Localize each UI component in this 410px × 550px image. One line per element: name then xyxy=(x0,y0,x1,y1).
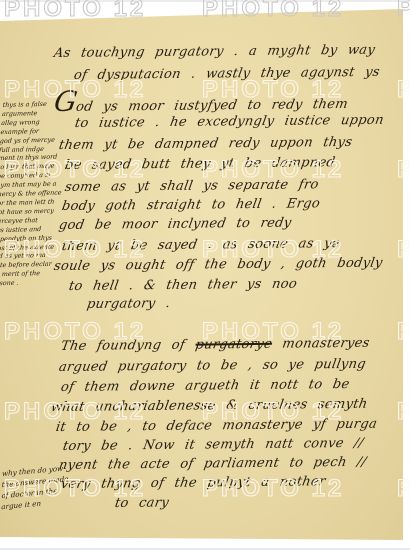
manuscript-line: nyent the acte of parliament to pech // xyxy=(58,456,368,473)
manuscript-line: soule ys ought off the body , goth bodyl… xyxy=(53,257,384,274)
manuscript-line: them yt be sayed . as soone as ye xyxy=(61,237,341,254)
manuscript-line: of dysputacion . wastly thye agaynst ys xyxy=(73,66,381,83)
manuscript-photo: thys is a falseargumentealleg wrongexamp… xyxy=(0,0,403,550)
manuscript-line: purgatory . xyxy=(86,297,172,312)
manuscript-line: what unchariablenesse & cruelnes semyth xyxy=(50,398,369,415)
manuscript-line: to hell . & then ther ys noo xyxy=(68,278,298,294)
manuscript-line: God ys moor iustyfyed to redy them xyxy=(52,89,350,115)
scan-top-edge xyxy=(0,0,410,2)
manuscript-line: to iustice . he excedyngly iustice uppon xyxy=(74,114,385,131)
manuscript-line: tory be . Now it semyth natt conve // xyxy=(62,437,365,454)
text-run: monasteryes xyxy=(271,336,371,352)
manuscript-line: very thyng of the pulpyt a nother xyxy=(60,475,327,491)
struck-word: purgatorye xyxy=(194,337,273,353)
manuscript-line: some as yt shall ys separate fro xyxy=(64,178,320,194)
manuscript-line: of them downe argueth it nott to be xyxy=(60,378,351,395)
manuscript-line: As touchyng purgatory . a myght by way xyxy=(53,44,376,61)
manuscript-line: it to be , to deface monasterye yf purga xyxy=(55,418,378,435)
margin-note-bottom: why then do yowthe answere madeof doctor… xyxy=(1,462,73,513)
manuscript-line: argued purgatory to be , so ye pullyng xyxy=(58,358,367,375)
manuscript-line: The foundyng of purgatorye monasteryes xyxy=(60,337,371,354)
margin-note-line: persone . xyxy=(0,278,53,289)
manuscript-line: god be moor inclyned to redy xyxy=(58,217,293,233)
scan-page: { "watermark": { "text": "PHOTO 12", "co… xyxy=(0,0,410,550)
text-run: The foundyng of xyxy=(60,338,197,354)
margin-note-line: god ys of mercye xyxy=(0,135,64,146)
manuscript-line: be sayed butt they yt be dampned xyxy=(64,156,336,172)
manuscript-line: them yt be dampned redy uppon thys xyxy=(58,136,354,153)
manuscript-line: to cary xyxy=(114,496,170,510)
manuscript-line: body goth straight to hell . Ergo xyxy=(61,197,321,213)
